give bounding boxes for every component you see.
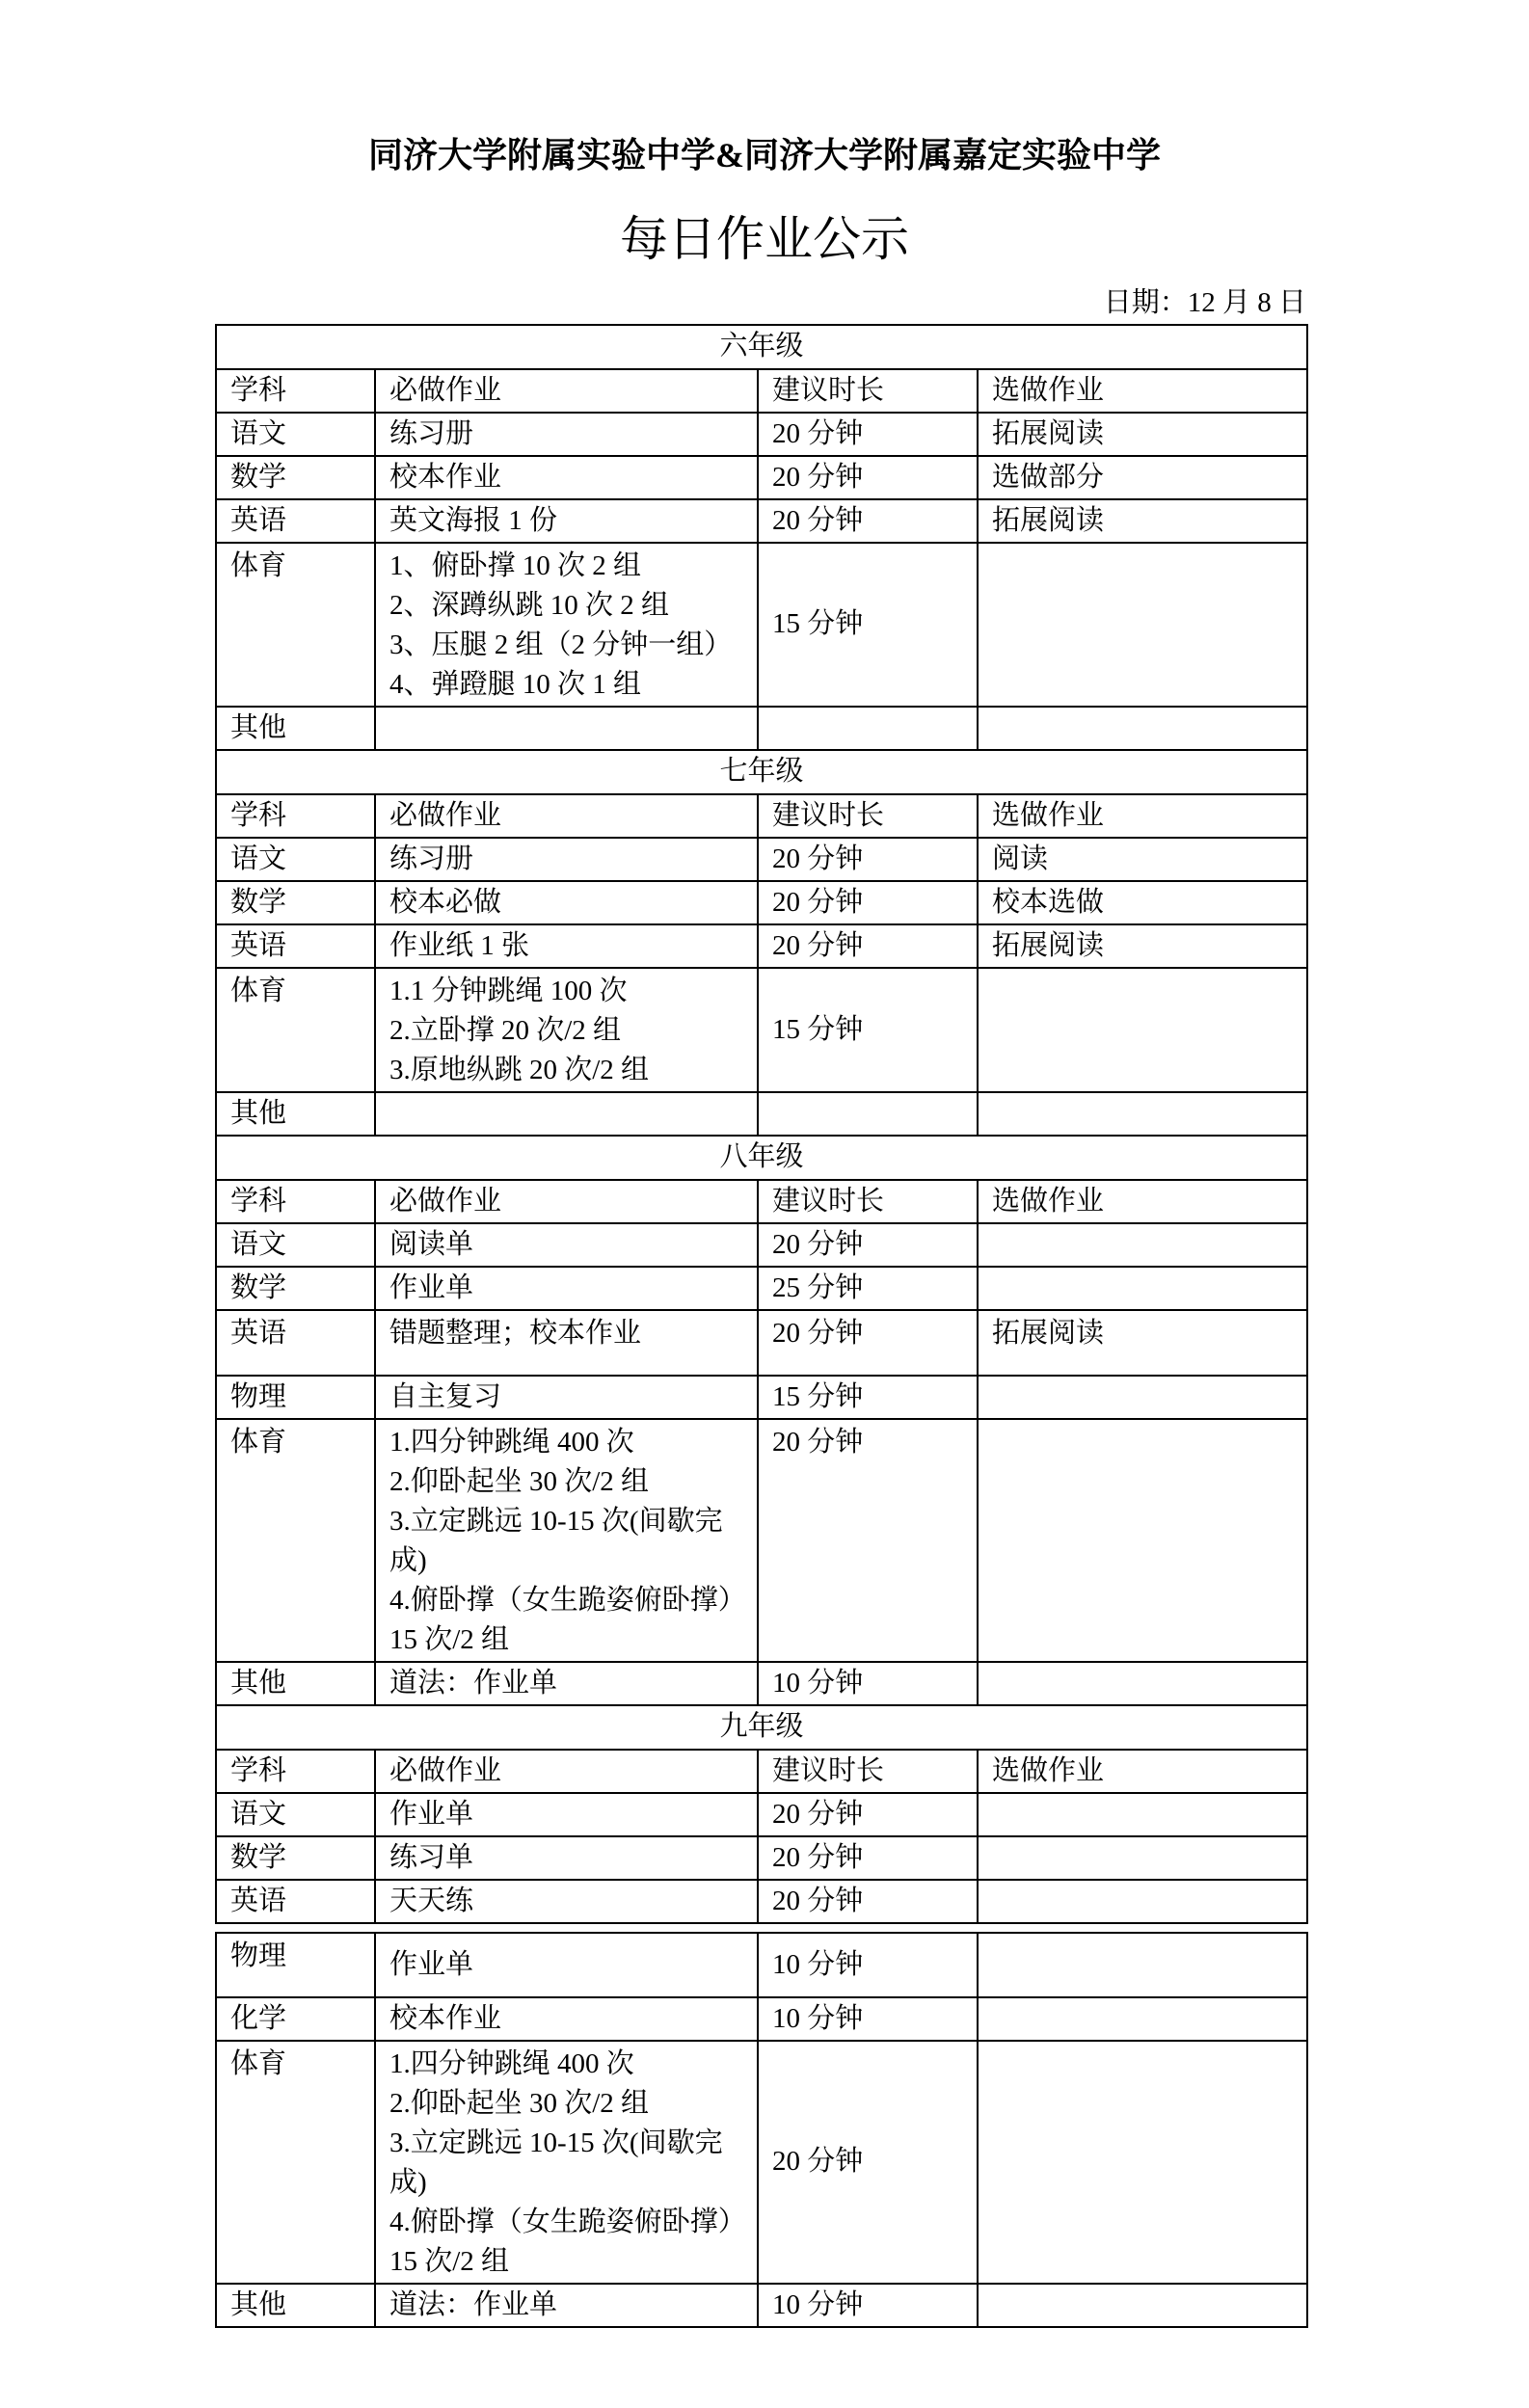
column-header: 必做作业 <box>375 1180 758 1223</box>
homework-item: 1.四分钟跳绳 400 次 <box>389 2045 743 2084</box>
homework-item: 错题整理；校本作业 <box>389 1314 743 1353</box>
subject-cell: 数学 <box>216 456 375 499</box>
homework-item: 4、弹蹬腿 10 次 1 组 <box>389 665 743 705</box>
homework-row: 语文阅读单20 分钟 <box>216 1223 1307 1267</box>
required-homework-cell: 练习册 <box>375 838 758 881</box>
homework-row: 其他 <box>216 707 1307 750</box>
homework-row: 数学作业单25 分钟 <box>216 1267 1307 1310</box>
required-homework-cell: 1.1 分钟跳绳 100 次2.立卧撑 20 次/2 组3.原地纵跳 20 次/… <box>375 968 758 1092</box>
grade-section-title: 六年级 <box>216 325 1307 369</box>
column-header: 学科 <box>216 1750 375 1793</box>
subject-cell: 体育 <box>216 543 375 707</box>
subject-cell: 其他 <box>216 1662 375 1705</box>
column-header: 必做作业 <box>375 794 758 838</box>
suggested-duration-cell: 20 分钟 <box>758 413 978 456</box>
required-homework-cell: 1.四分钟跳绳 400 次2.仰卧起坐 30 次/2 组3.立定跳远 10-15… <box>375 1419 758 1662</box>
optional-homework-cell: 拓展阅读 <box>978 924 1307 968</box>
column-header: 建议时长 <box>758 369 978 413</box>
grade-section-title: 九年级 <box>216 1705 1307 1750</box>
subject-cell: 语文 <box>216 413 375 456</box>
subject-cell: 英语 <box>216 499 375 543</box>
column-header: 建议时长 <box>758 1180 978 1223</box>
required-homework-cell: 阅读单 <box>375 1223 758 1267</box>
homework-item: 3.原地纵跳 20 次/2 组 <box>389 1051 743 1090</box>
subject-cell: 物理 <box>216 1933 375 1997</box>
homework-item: 1.四分钟跳绳 400 次 <box>389 1423 743 1462</box>
date-label: 日期：12 月 8 日 <box>215 283 1306 323</box>
homework-row: 体育1.四分钟跳绳 400 次2.仰卧起坐 30 次/2 组3.立定跳远 10-… <box>216 1419 1307 1662</box>
subject-cell: 其他 <box>216 1092 375 1136</box>
homework-item: 3.立定跳远 10-15 次(间歇完成) <box>389 2124 743 2203</box>
required-homework-cell: 校本作业 <box>375 456 758 499</box>
homework-row: 物理自主复习15 分钟 <box>216 1376 1307 1419</box>
homework-item: 校本必做 <box>389 883 743 923</box>
optional-homework-cell: 拓展阅读 <box>978 499 1307 543</box>
suggested-duration-cell: 20 分钟 <box>758 1836 978 1880</box>
homework-item: 4.俯卧撑（女生跪姿俯卧撑）15 次/2 组 <box>389 1581 743 1660</box>
optional-homework-cell <box>978 1793 1307 1836</box>
document-page: 同济大学附属实验中学&同济大学附属嘉定实验中学 每日作业公示 日期：12 月 8… <box>0 0 1529 2328</box>
suggested-duration-cell: 10 分钟 <box>758 1933 978 1997</box>
required-homework-cell: 错题整理；校本作业 <box>375 1310 758 1376</box>
homework-row: 其他道法：作业单10 分钟 <box>216 2284 1307 2327</box>
required-homework-cell <box>375 1092 758 1136</box>
suggested-duration-cell: 20 分钟 <box>758 838 978 881</box>
optional-homework-cell <box>978 1836 1307 1880</box>
homework-row: 语文练习册20 分钟阅读 <box>216 838 1307 881</box>
homework-item: 自主复习 <box>389 1378 743 1417</box>
homework-row: 数学校本作业20 分钟选做部分 <box>216 456 1307 499</box>
required-homework-cell: 作业单 <box>375 1933 758 1997</box>
homework-row: 英语英文海报 1 份20 分钟拓展阅读 <box>216 499 1307 543</box>
homework-item: 作业单 <box>389 1945 743 1985</box>
column-header-row: 学科必做作业建议时长选做作业 <box>216 794 1307 838</box>
homework-row: 数学校本必做20 分钟校本选做 <box>216 881 1307 924</box>
suggested-duration-cell: 20 分钟 <box>758 924 978 968</box>
optional-homework-cell <box>978 2041 1307 2284</box>
column-header-row: 学科必做作业建议时长选做作业 <box>216 369 1307 413</box>
optional-homework-cell <box>978 1997 1307 2041</box>
homework-row: 英语天天练20 分钟 <box>216 1880 1307 1923</box>
required-homework-cell: 道法：作业单 <box>375 2284 758 2327</box>
homework-item: 2、深蹲纵跳 10 次 2 组 <box>389 586 743 626</box>
suggested-duration-cell <box>758 707 978 750</box>
optional-homework-cell <box>978 1419 1307 1662</box>
optional-homework-cell <box>978 1223 1307 1267</box>
homework-row: 英语作业纸 1 张20 分钟拓展阅读 <box>216 924 1307 968</box>
grade-title-row: 九年级 <box>216 1705 1307 1750</box>
required-homework-cell: 天天练 <box>375 1880 758 1923</box>
suggested-duration-cell: 20 分钟 <box>758 499 978 543</box>
column-header: 建议时长 <box>758 1750 978 1793</box>
required-homework-cell: 校本必做 <box>375 881 758 924</box>
page-subtitle: 每日作业公示 <box>0 214 1529 264</box>
homework-item: 天天练 <box>389 1882 743 1921</box>
homework-row: 其他道法：作业单10 分钟 <box>216 1662 1307 1705</box>
required-homework-cell: 练习册 <box>375 413 758 456</box>
homework-item: 作业单 <box>389 1795 743 1834</box>
column-header: 必做作业 <box>375 1750 758 1793</box>
subject-cell: 语文 <box>216 838 375 881</box>
homework-item: 道法：作业单 <box>389 2286 743 2325</box>
homework-item: 4.俯卧撑（女生跪姿俯卧撑）15 次/2 组 <box>389 2203 743 2282</box>
homework-row: 化学校本作业10 分钟 <box>216 1997 1307 2041</box>
optional-homework-cell: 阅读 <box>978 838 1307 881</box>
required-homework-cell: 1.四分钟跳绳 400 次2.仰卧起坐 30 次/2 组3.立定跳远 10-15… <box>375 2041 758 2284</box>
required-homework-cell: 校本作业 <box>375 1997 758 2041</box>
homework-item: 英文海报 1 份 <box>389 501 743 541</box>
homework-row: 体育1、俯卧撑 10 次 2 组2、深蹲纵跳 10 次 2 组3、压腿 2 组（… <box>216 543 1307 707</box>
suggested-duration-cell: 20 分钟 <box>758 881 978 924</box>
grade-title-row: 八年级 <box>216 1136 1307 1180</box>
suggested-duration-cell: 20 分钟 <box>758 1419 978 1662</box>
grade-title-row: 七年级 <box>216 750 1307 794</box>
homework-item: 阅读单 <box>389 1225 743 1265</box>
homework-table: 物理作业单10 分钟化学校本作业10 分钟体育1.四分钟跳绳 400 次2.仰卧… <box>215 1932 1308 2328</box>
optional-homework-cell <box>978 1267 1307 1310</box>
suggested-duration-cell: 20 分钟 <box>758 1880 978 1923</box>
column-header: 选做作业 <box>978 1750 1307 1793</box>
homework-item: 2.仰卧起坐 30 次/2 组 <box>389 1462 743 1502</box>
required-homework-cell: 作业单 <box>375 1793 758 1836</box>
column-header-row: 学科必做作业建议时长选做作业 <box>216 1750 1307 1793</box>
suggested-duration-cell <box>758 1092 978 1136</box>
homework-row: 语文练习册20 分钟拓展阅读 <box>216 413 1307 456</box>
homework-row: 其他 <box>216 1092 1307 1136</box>
optional-homework-cell <box>978 1376 1307 1419</box>
optional-homework-cell <box>978 2284 1307 2327</box>
subject-cell: 数学 <box>216 1267 375 1310</box>
required-homework-cell: 英文海报 1 份 <box>375 499 758 543</box>
homework-row: 数学练习单20 分钟 <box>216 1836 1307 1880</box>
optional-homework-cell <box>978 1880 1307 1923</box>
suggested-duration-cell: 20 分钟 <box>758 1223 978 1267</box>
optional-homework-cell: 拓展阅读 <box>978 413 1307 456</box>
homework-row: 英语错题整理；校本作业20 分钟拓展阅读 <box>216 1310 1307 1376</box>
required-homework-cell: 自主复习 <box>375 1376 758 1419</box>
required-homework-cell: 作业单 <box>375 1267 758 1310</box>
grade-title-row: 六年级 <box>216 325 1307 369</box>
column-header: 学科 <box>216 794 375 838</box>
page-title: 同济大学附属实验中学&同济大学附属嘉定实验中学 <box>0 137 1529 175</box>
required-homework-cell <box>375 707 758 750</box>
homework-item: 道法：作业单 <box>389 1664 743 1703</box>
homework-item: 3.立定跳远 10-15 次(间歇完成) <box>389 1502 743 1581</box>
column-header: 选做作业 <box>978 369 1307 413</box>
subject-cell: 数学 <box>216 881 375 924</box>
optional-homework-cell: 校本选做 <box>978 881 1307 924</box>
subject-cell: 其他 <box>216 707 375 750</box>
subject-cell: 英语 <box>216 1310 375 1376</box>
required-homework-cell: 练习单 <box>375 1836 758 1880</box>
suggested-duration-cell: 25 分钟 <box>758 1267 978 1310</box>
subject-cell: 其他 <box>216 2284 375 2327</box>
grade-section-title: 八年级 <box>216 1136 1307 1180</box>
homework-item: 练习单 <box>389 1838 743 1878</box>
subject-cell: 体育 <box>216 968 375 1092</box>
suggested-duration-cell: 20 分钟 <box>758 456 978 499</box>
optional-homework-cell <box>978 1933 1307 1997</box>
required-homework-cell: 道法：作业单 <box>375 1662 758 1705</box>
suggested-duration-cell: 20 分钟 <box>758 1793 978 1836</box>
homework-item: 1、俯卧撑 10 次 2 组 <box>389 547 743 586</box>
optional-homework-cell <box>978 1092 1307 1136</box>
suggested-duration-cell: 10 分钟 <box>758 1997 978 2041</box>
homework-row: 体育1.1 分钟跳绳 100 次2.立卧撑 20 次/2 组3.原地纵跳 20 … <box>216 968 1307 1092</box>
optional-homework-cell <box>978 1662 1307 1705</box>
suggested-duration-cell: 20 分钟 <box>758 2041 978 2284</box>
column-header: 选做作业 <box>978 1180 1307 1223</box>
subject-cell: 语文 <box>216 1223 375 1267</box>
column-header: 建议时长 <box>758 794 978 838</box>
suggested-duration-cell: 15 分钟 <box>758 1376 978 1419</box>
homework-item: 校本作业 <box>389 1999 743 2039</box>
subject-cell: 物理 <box>216 1376 375 1419</box>
homework-tables: 六年级学科必做作业建议时长选做作业语文练习册20 分钟拓展阅读数学校本作业20 … <box>0 324 1529 2328</box>
subject-cell: 英语 <box>216 1880 375 1923</box>
homework-item: 作业纸 1 张 <box>389 926 743 966</box>
homework-table: 六年级学科必做作业建议时长选做作业语文练习册20 分钟拓展阅读数学校本作业20 … <box>215 324 1308 1924</box>
subject-cell: 语文 <box>216 1793 375 1836</box>
column-header-row: 学科必做作业建议时长选做作业 <box>216 1180 1307 1223</box>
required-homework-cell: 1、俯卧撑 10 次 2 组2、深蹲纵跳 10 次 2 组3、压腿 2 组（2 … <box>375 543 758 707</box>
optional-homework-cell: 拓展阅读 <box>978 1310 1307 1376</box>
homework-item: 练习册 <box>389 840 743 879</box>
subject-cell: 数学 <box>216 1836 375 1880</box>
homework-row: 体育1.四分钟跳绳 400 次2.仰卧起坐 30 次/2 组3.立定跳远 10-… <box>216 2041 1307 2284</box>
document-background: { "page": { "title": "同济大学附属实验中学&同济大学附属嘉… <box>0 0 1529 2408</box>
subject-cell: 英语 <box>216 924 375 968</box>
homework-item: 3、压腿 2 组（2 分钟一组） <box>389 626 743 665</box>
subject-cell: 化学 <box>216 1997 375 2041</box>
optional-homework-cell <box>978 968 1307 1092</box>
subject-cell: 体育 <box>216 2041 375 2284</box>
optional-homework-cell <box>978 707 1307 750</box>
homework-item: 2.立卧撑 20 次/2 组 <box>389 1011 743 1051</box>
homework-item: 练习册 <box>389 415 743 454</box>
suggested-duration-cell: 15 分钟 <box>758 968 978 1092</box>
homework-item: 作业单 <box>389 1269 743 1308</box>
suggested-duration-cell: 20 分钟 <box>758 1310 978 1376</box>
required-homework-cell: 作业纸 1 张 <box>375 924 758 968</box>
suggested-duration-cell: 15 分钟 <box>758 543 978 707</box>
column-header: 选做作业 <box>978 794 1307 838</box>
optional-homework-cell <box>978 543 1307 707</box>
homework-item: 1.1 分钟跳绳 100 次 <box>389 972 743 1011</box>
subject-cell: 体育 <box>216 1419 375 1662</box>
suggested-duration-cell: 10 分钟 <box>758 1662 978 1705</box>
column-header: 学科 <box>216 1180 375 1223</box>
column-header: 学科 <box>216 369 375 413</box>
grade-section-title: 七年级 <box>216 750 1307 794</box>
homework-row: 语文作业单20 分钟 <box>216 1793 1307 1836</box>
homework-item: 2.仰卧起坐 30 次/2 组 <box>389 2084 743 2124</box>
optional-homework-cell: 选做部分 <box>978 456 1307 499</box>
column-header: 必做作业 <box>375 369 758 413</box>
homework-row: 物理作业单10 分钟 <box>216 1933 1307 1997</box>
suggested-duration-cell: 10 分钟 <box>758 2284 978 2327</box>
homework-item: 校本作业 <box>389 458 743 497</box>
